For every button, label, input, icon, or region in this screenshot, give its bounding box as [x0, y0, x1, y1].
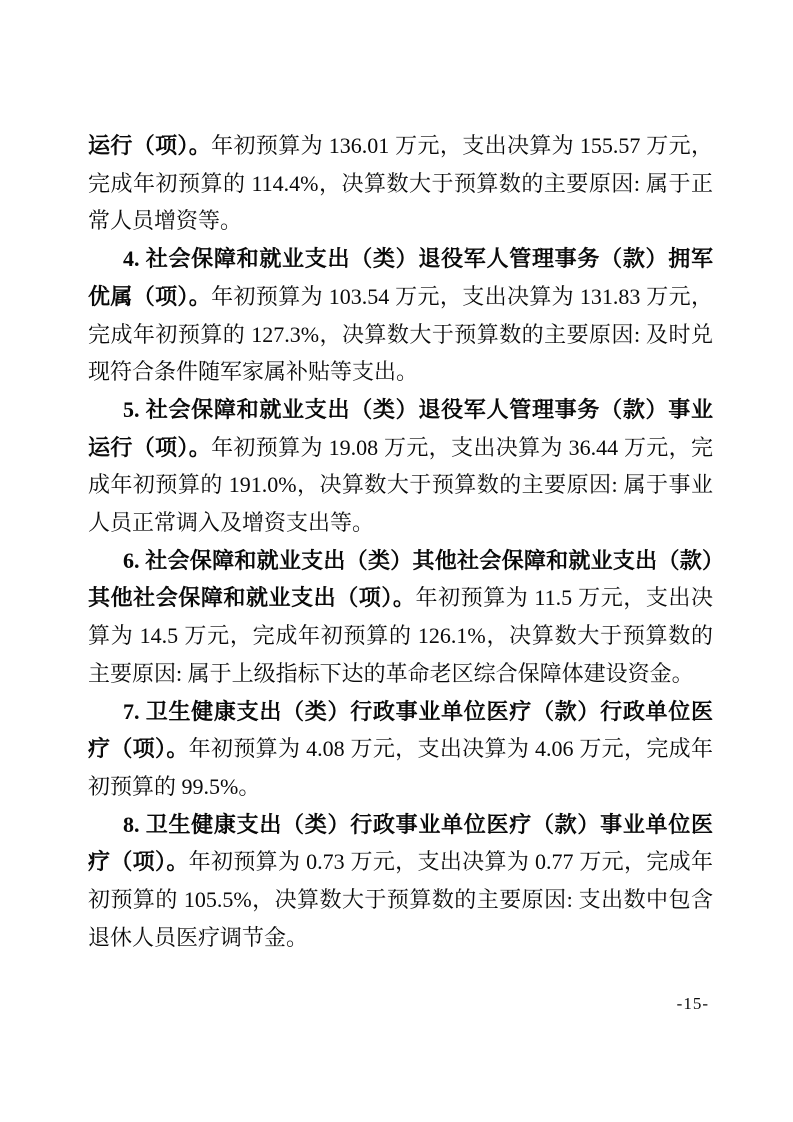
paragraph-lead: 运行（项）。	[88, 133, 211, 158]
page-number: -15-	[677, 994, 709, 1014]
document-body: 运行（项）。年初预算为 136.01 万元，支出决算为 155.57 万元，完成…	[88, 127, 713, 956]
paragraph-item-6: 6. 社会保障和就业支出（类）其他社会保障和就业支出（款）其他社会保障和就业支出…	[88, 542, 713, 693]
paragraph-item-8: 8. 卫生健康支出（类）行政事业单位医疗（款）事业单位医疗（项）。年初预算为 0…	[88, 806, 713, 957]
paragraph-continuation: 运行（项）。年初预算为 136.01 万元，支出决算为 155.57 万元，完成…	[88, 127, 713, 240]
paragraph-item-4: 4. 社会保障和就业支出（类）退役军人管理事务（款）拥军优属（项）。年初预算为 …	[88, 240, 713, 391]
paragraph-item-5: 5. 社会保障和就业支出（类）退役军人管理事务（款）事业运行（项）。年初预算为 …	[88, 391, 713, 542]
paragraph-item-7: 7. 卫生健康支出（类）行政事业单位医疗（款）行政单位医疗（项）。年初预算为 4…	[88, 693, 713, 806]
document-page: 运行（项）。年初预算为 136.01 万元，支出决算为 155.57 万元，完成…	[0, 0, 793, 1122]
